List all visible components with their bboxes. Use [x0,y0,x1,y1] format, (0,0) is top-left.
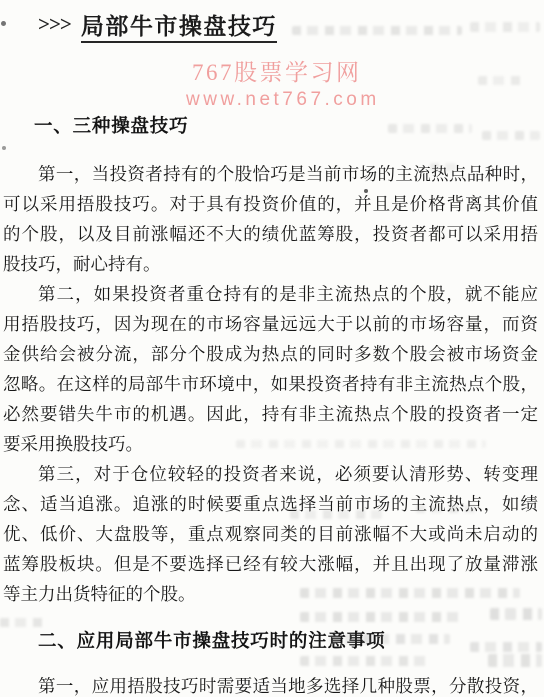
text-line: 第二，如果投资者重仓持有的是非主流热点的个股，就不能应 [3,279,538,309]
text-line: 忽略。在这样的局部牛市环境中，如果投资者持有非主流热点个股， [3,369,538,399]
text-line: 第三，对于仓位较轻的投资者来说，必须要认清形势、转变理 [3,459,538,489]
print-bleed-artifact [470,22,540,32]
text-line: 的个股，以及目前涨幅还不大的绩优蓝筹股，投资者都可以采用捂 [3,219,538,249]
text-line: 优、低价、大盘股等，重点观察同类的目前涨幅不大或尚未启动的 [3,519,538,549]
text-line: 第一，当投资者持有的个股恰巧是当前市场的主流热点品种时， [3,159,538,189]
text-line: 蓝筹股板块。但是不要选择已经有较大涨幅，并且出现了放量滞涨 [3,549,538,579]
paragraph: 第二，如果投资者重仓持有的是非主流热点的个股，就不能应用捂股技巧，因为现在的市场… [3,279,538,459]
print-bleed-artifact [300,588,520,598]
watermark-site-name: 767股票学习网 [192,54,380,87]
page-title: >>>局部牛市操盘技巧 [38,8,277,41]
print-bleed-artifact [290,510,382,519]
print-bleed-artifact [478,76,524,85]
paragraph: 第一，当投资者持有的个股恰巧是当前市场的主流热点品种时，可以采用捂股技巧。对于具… [3,159,538,279]
watermark: 767股票学习网 www.net767.com [186,54,380,111]
print-bleed-artifact [416,505,476,513]
print-bleed-artifact [236,440,486,448]
text-line: 股技巧，耐心持有。 [3,249,538,279]
print-bleed-artifact [490,608,542,620]
print-bleed-artifact [430,163,456,171]
print-bleed-artifact [482,131,540,140]
scan-speck [1,21,6,26]
print-bleed-artifact [388,124,472,133]
scanned-document-page: >>>局部牛市操盘技巧 767股票学习网 www.net767.com 一、三种… [0,0,544,697]
print-bleed-artifact [488,654,542,667]
print-bleed-artifact [300,656,430,666]
text-line: 念、适当追涨。追涨的时候要重点选择当前市场的主流热点，如绩 [3,489,538,519]
print-bleed-artifact [292,26,462,35]
paragraph: 第三，对于仓位较轻的投资者来说，必须要认清形势、转变理念、适当追涨。追涨的时候要… [3,459,538,609]
text-line: 金供给会被分流，部分个股成为热点的同时多数个股会被市场资金 [3,339,538,369]
text-line: 第一，应用捂股技巧时需要适当地多选择几种股票，分散投资， [3,671,538,697]
text-line: 用捂股技巧，因为现在的市场容量远远大于以前的市场容量，而资 [3,309,538,339]
print-bleed-artifact [330,634,450,644]
print-bleed-artifact [300,612,460,622]
section-1-heading: 一、三种操盘技巧 [0,114,188,140]
print-bleed-artifact [470,642,542,652]
title-arrows-icon: >>> [38,12,71,36]
section-2-heading: 二、应用局部牛市操盘技巧时的注意事项 [0,629,385,655]
scan-speck [2,146,6,150]
text-line: 可以采用捂股技巧。对于具有投资价值的，并且是价格背离其价值 [3,189,538,219]
title-text: 局部牛市操盘技巧 [81,14,277,43]
text-line: 必然要错失牛市的机遇。因此，持有非主流热点个股的投资者一定 [3,399,538,429]
watermark-site-url: www.net767.com [186,89,380,111]
paragraph: 第一，应用捂股技巧时需要适当地多选择几种股票，分散投资， [3,671,538,697]
print-bleed-artifact [0,618,46,627]
scan-speck [364,189,368,193]
